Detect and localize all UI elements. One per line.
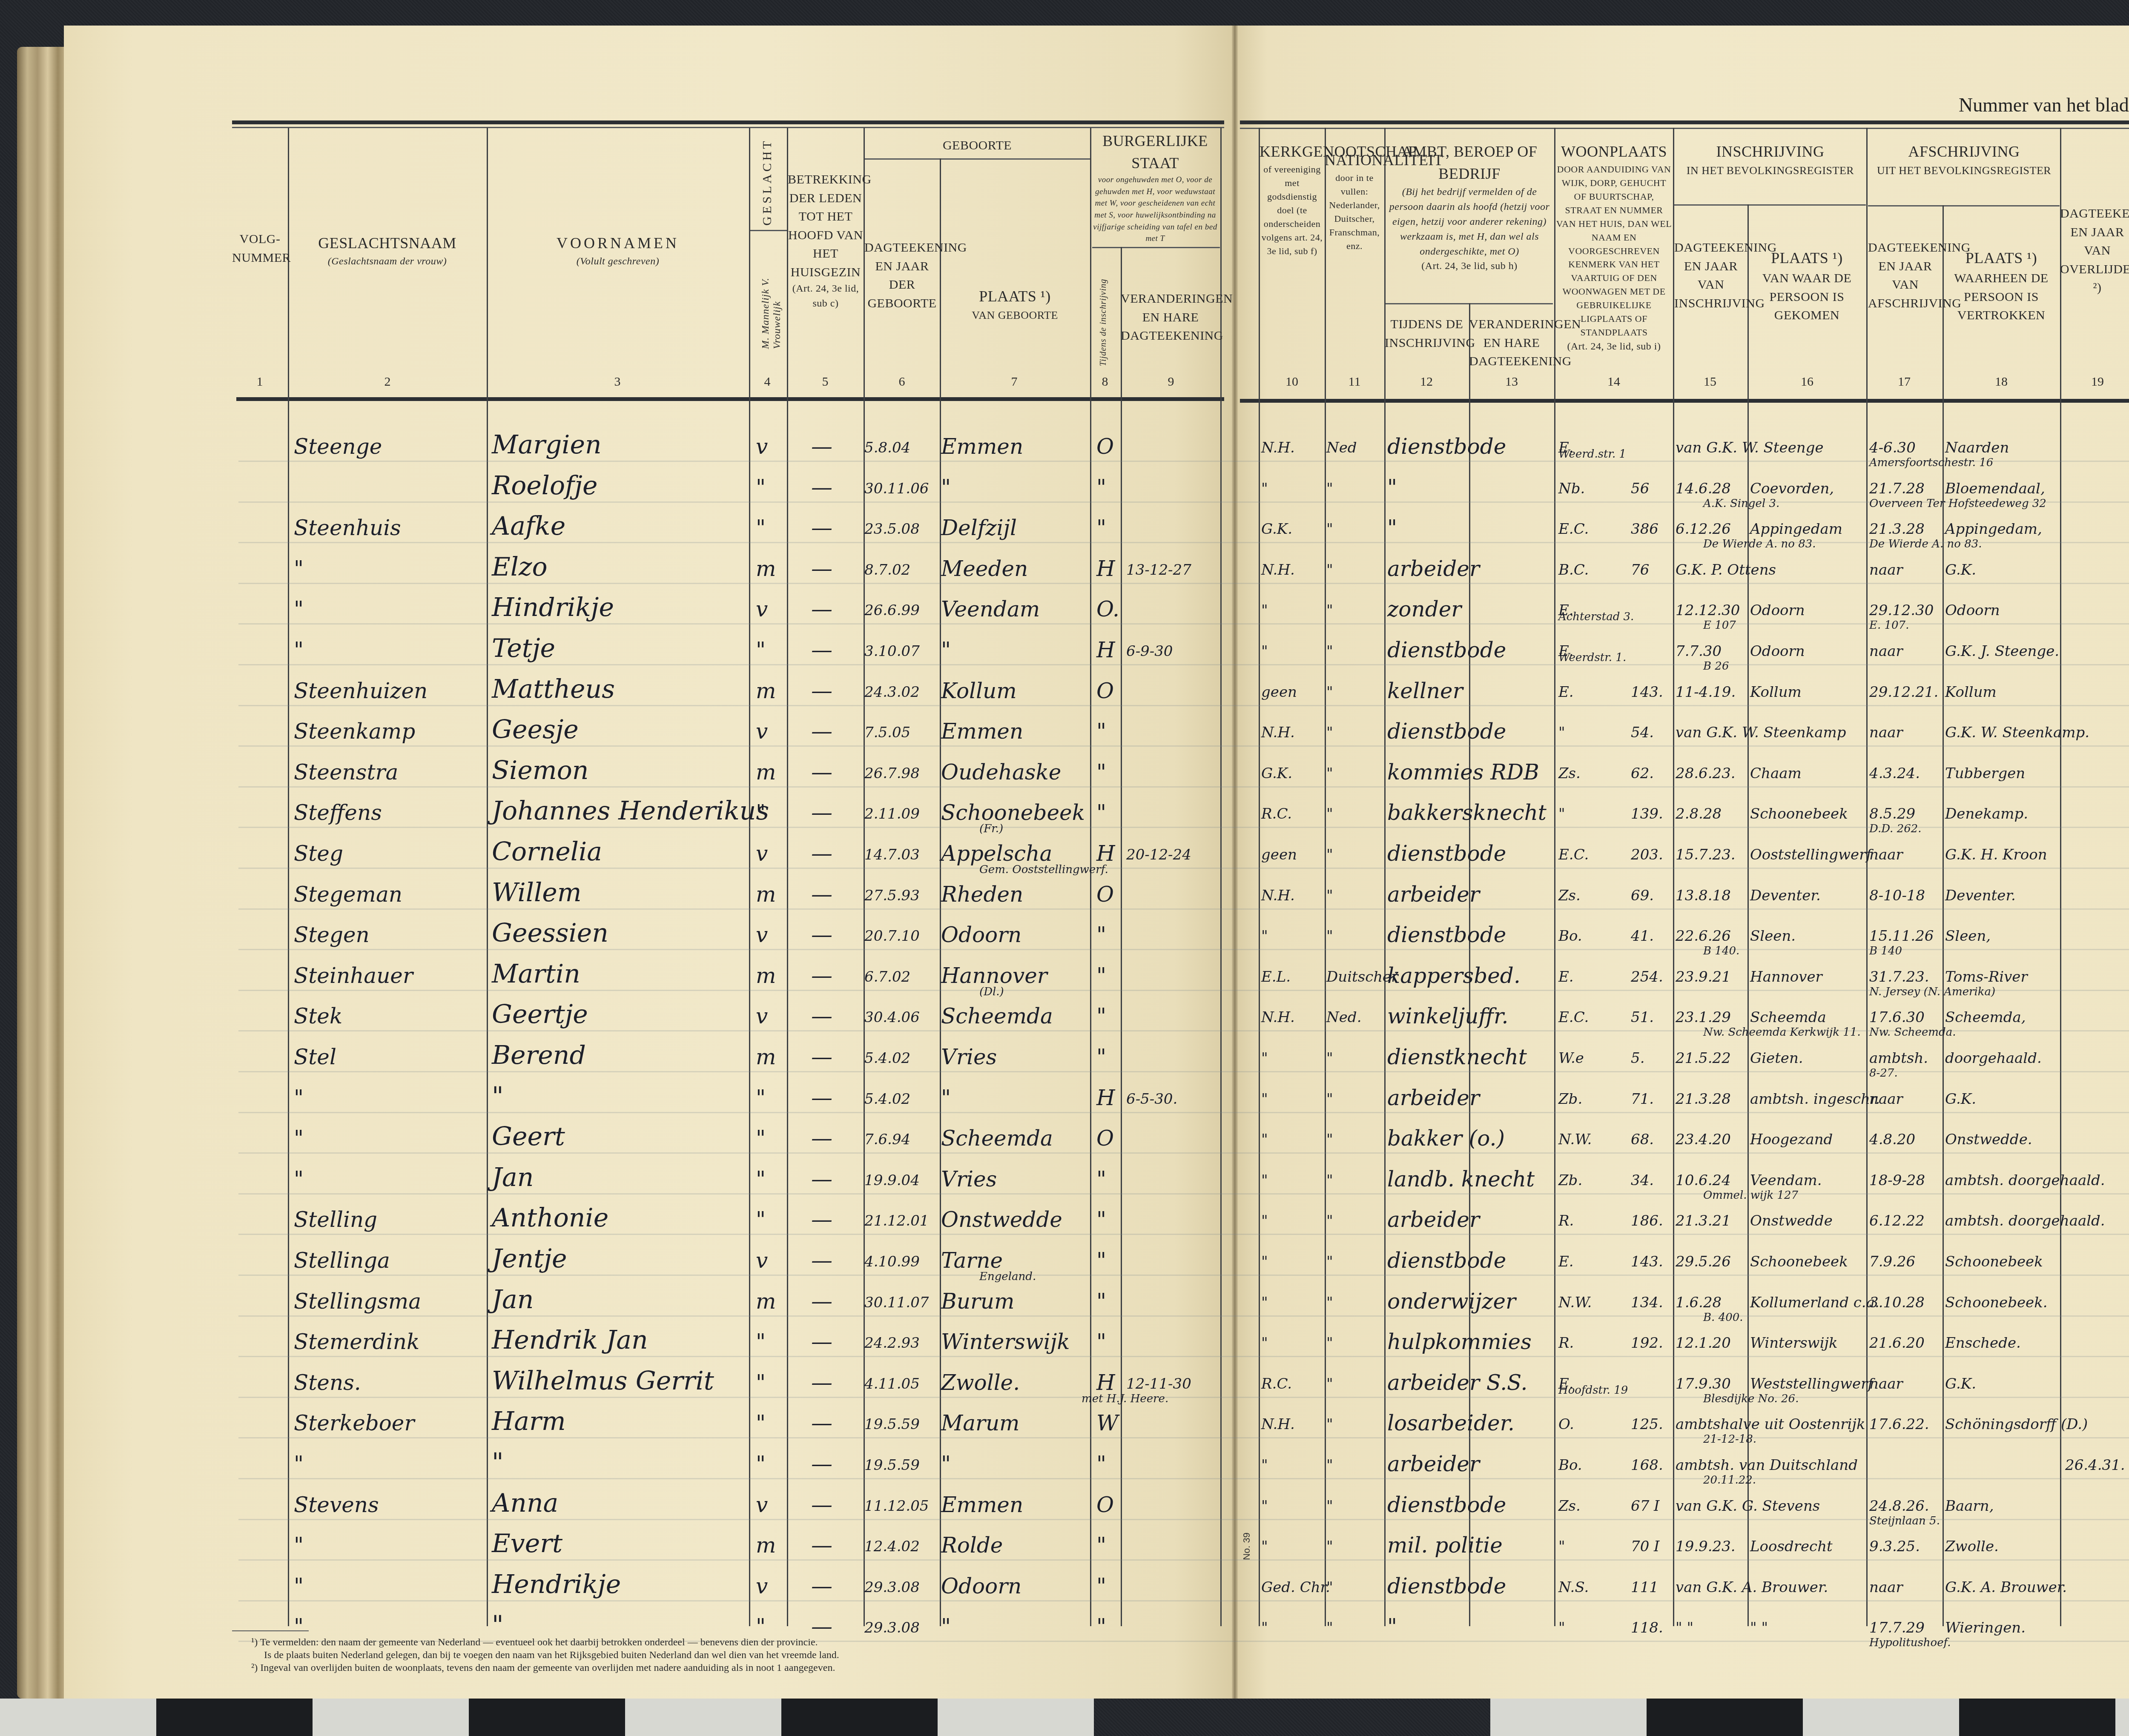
cell-nat: " [1326, 765, 1333, 782]
cell-in-date: 14.6.28 [1676, 480, 1731, 497]
cell-born: 26.6.99 [864, 602, 920, 619]
cell-nr: 54. [1631, 724, 1654, 741]
header-col-5: Betrekking der leden tot het hoofd van h… [788, 170, 864, 311]
cell-civil-change: 6-9-30 [1126, 643, 1173, 660]
col-line [1325, 128, 1326, 1626]
cell-out-date: 17.6.30 [1869, 1009, 1925, 1026]
header-geslachtsnaam: Geslachtsnaam [288, 232, 487, 254]
cell-civil: " [1096, 1289, 1106, 1314]
cell-in-date: G.K. P. Ottens [1676, 561, 1776, 579]
cell-nr: 168. [1631, 1457, 1663, 1474]
cell-out-sub: Overveen Ter Hofsteedeweg 32 [1869, 497, 2046, 510]
cell-civil-change: 12-11-30 [1126, 1375, 1191, 1392]
cell-out-place: Enschede. [1945, 1335, 2021, 1352]
inschrijving-group-rule [1674, 204, 1866, 206]
cell-church: " [1261, 1253, 1268, 1270]
row-guideline [238, 827, 2129, 828]
cell-wijk: E. [1558, 968, 1574, 985]
cell-out-sub: N. Jersey (N. Amerika) [1869, 985, 1995, 998]
header-geboorte: Geboorte [864, 136, 1090, 155]
cell-out-sub: Hypolitushoef. [1869, 1636, 1951, 1649]
cell-born: 27.5.93 [864, 887, 920, 904]
cell-out-sub: Steijnlaan 5. [1869, 1515, 1940, 1527]
cell-civil: O [1096, 1493, 1114, 1517]
cell-surname: " [294, 1574, 304, 1598]
cell-in-place: Schoonebeek [1750, 1253, 1848, 1270]
cell-civil: " [1096, 1004, 1106, 1028]
cell-nat: " [1326, 561, 1333, 579]
cell-in-date: van G.K. G. Stevens [1676, 1498, 1820, 1515]
cell-out-place: G.K. [1945, 561, 1976, 579]
header-nationaliteit-note: door in te vullen: Nederlander, Duitsche… [1325, 171, 1384, 252]
cell-place: Vries [941, 1045, 997, 1069]
cell-sex: " [756, 1329, 766, 1354]
cell-place: Vries [941, 1167, 997, 1192]
row-guideline [238, 705, 2129, 706]
cell-occ: kellner [1387, 679, 1463, 703]
cell-nr: 111 [1631, 1579, 1658, 1596]
cell-given: Wilhelmus Gerrit [492, 1366, 714, 1396]
cell-nr: 134. [1631, 1294, 1663, 1311]
cell-sex: v [756, 1574, 768, 1598]
row-guideline [238, 1275, 2129, 1276]
cell-born: 12.4.02 [864, 1538, 920, 1555]
cell-occ: dienstbode [1387, 719, 1506, 744]
color-calibration-strip-left [0, 1699, 1094, 1736]
cell-nat: " [1326, 846, 1333, 863]
cell-in-date: 28.6.23. [1676, 765, 1736, 782]
cell-out-date: naar [1869, 724, 1903, 741]
cell-out-place: Onstwedde. [1945, 1131, 2032, 1148]
cell-born: 19.5.59 [864, 1457, 920, 1474]
cell-surname: Stegen [294, 922, 370, 947]
cell-church: R.C. [1261, 805, 1292, 822]
cell-out-place: G.K. J. Steenge. [1945, 643, 2059, 660]
cell-civil: " [1096, 1452, 1106, 1476]
row-guideline [238, 583, 2129, 584]
header-plaats-van-waar-note: van waar de persoon is gekomen [1747, 269, 1866, 325]
col-line [1942, 205, 1944, 1626]
cell-nr: 62. [1631, 765, 1654, 782]
cell-rel: — [811, 475, 832, 500]
cell-sex: v [756, 1493, 768, 1517]
cell-civil: O. [1096, 597, 1119, 622]
header-overlijden: Dagteekening en jaar van overlijden ²) [2060, 204, 2129, 297]
cell-given: Anna [492, 1488, 558, 1518]
row-guideline [238, 501, 2129, 503]
cell-place: Zwolle. [941, 1370, 1020, 1395]
row-guideline [238, 1071, 2129, 1072]
cell-born: 24.2.93 [864, 1335, 920, 1352]
cell-occ: arbeider [1387, 1207, 1480, 1232]
header-betrekking-note: (Art. 24, 3e lid, sub c) [788, 281, 864, 311]
cell-in-date: 21.3.21 [1676, 1212, 1731, 1229]
row-guideline [238, 542, 2129, 543]
cell-out-place: doorgehaald. [1945, 1050, 2042, 1067]
cell-nat: " [1326, 928, 1333, 945]
header-kerkgenootschap-note: of vereeniging met godsdienstig doel (te… [1260, 163, 1325, 258]
row-guideline [238, 868, 2129, 869]
cell-place: Kollum [941, 679, 1017, 703]
cell-born: 8.7.02 [864, 561, 910, 579]
cell-given: " [492, 1447, 504, 1477]
cell-wijk: Zs. [1558, 765, 1581, 782]
row-guideline [238, 990, 2129, 991]
cell-in-date: 23.1.29 [1676, 1009, 1731, 1026]
cell-in-sub: 21-12-18. [1703, 1433, 1756, 1446]
cell-place-sub: Gem. Ooststellingwerf. [979, 863, 1108, 876]
cell-occ: winkeljuffr. [1387, 1004, 1508, 1028]
header-ambt-veranderingen: Veranderingen en hare dagteekening [1469, 315, 1554, 371]
header-col-11: Nationaliteit door in te vullen: Nederla… [1325, 149, 1384, 253]
header-geslacht-note: M. Mannelijk V. Vrouwelijk [760, 251, 783, 349]
cell-rel: — [811, 841, 832, 866]
cell-given: Johannes Henderikus [492, 796, 769, 826]
cell-sex: v [756, 922, 768, 947]
cell-in-sub: De Wierde A. no 83. [1703, 538, 1816, 550]
cell-out-date: 8-10-18 [1869, 887, 1925, 904]
row-guideline [238, 1519, 2129, 1520]
cell-wijk: N.S. [1558, 1579, 1589, 1596]
cell-church: " [1261, 928, 1268, 945]
cell-wijk: Zs. [1558, 887, 1581, 904]
cell-place-sub: Engeland. [979, 1270, 1036, 1283]
cell-rel: — [811, 1004, 832, 1028]
cell-born: 3.10.07 [864, 643, 920, 660]
cell-church: Ged. Chr. [1261, 1579, 1330, 1596]
cell-nr: 51. [1631, 1009, 1654, 1026]
cell-in-sub: E 107 [1703, 619, 1736, 632]
row-guideline [238, 461, 2129, 462]
cell-civil-change: 13-12-27 [1126, 561, 1191, 579]
cell-nr: 67 I [1631, 1498, 1660, 1515]
cell-out-place: G.K. A. Brouwer. [1945, 1579, 2067, 1596]
cell-surname: Steg [294, 841, 343, 866]
cell-born: 23.5.08 [864, 521, 920, 538]
cell-given: " [492, 1610, 504, 1640]
cell-rel: — [811, 1045, 832, 1069]
col-line [864, 128, 865, 1626]
cell-church: E.L. [1261, 968, 1291, 985]
cell-sex: v [756, 434, 768, 459]
cell-church: G.K. [1261, 521, 1292, 538]
cell-civil: O [1096, 1126, 1114, 1151]
cell-out-place: Scheemda, [1945, 1009, 2026, 1026]
cell-wijk: B.C. [1558, 561, 1589, 579]
cell-church: R.C. [1261, 1375, 1292, 1392]
cell-out-date: 9.3.25. [1869, 1538, 1920, 1555]
cell-given: Martin [492, 959, 580, 989]
cell-church: " [1261, 643, 1268, 660]
cell-place: Odoorn [941, 922, 1021, 947]
cell-born: 11.12.05 [864, 1498, 929, 1515]
cell-in-place: " " [1750, 1619, 1768, 1636]
cell-nat: " [1326, 1619, 1333, 1636]
cell-wijk: " [1558, 724, 1565, 741]
cell-sex: m [756, 556, 776, 581]
cell-out-date: 17.7.29 [1869, 1619, 1925, 1636]
cell-in-place: Chaam [1750, 765, 1802, 782]
cell-in-place: Hoogezand [1750, 1131, 1833, 1148]
cell-sex: m [756, 963, 776, 988]
cell-surname: Steenge [294, 434, 382, 459]
cell-nat: " [1326, 1212, 1333, 1229]
cell-sex: " [756, 1452, 766, 1476]
cell-occ: dienstbode [1387, 1574, 1506, 1598]
cell-sex: m [756, 1045, 776, 1069]
cell-church: " [1261, 1498, 1268, 1515]
cell-out-place: Bloemendaal, [1945, 480, 2045, 497]
cell-civil: " [1096, 1533, 1106, 1558]
colnum-19: 19 [2085, 375, 2110, 389]
header-voornamen-note: (Volult geschreven) [487, 254, 749, 269]
cell-sex: v [756, 841, 768, 866]
cell-wijk: W.e [1558, 1050, 1584, 1067]
cell-place: Meeden [941, 556, 1028, 581]
cell-in-place: Kollumerland c.a. [1750, 1294, 1879, 1311]
cell-in-place: Odoorn [1750, 643, 1805, 660]
geboorte-group-rule [864, 158, 1090, 160]
cell-surname: Stel [294, 1045, 336, 1069]
cell-out-date: 3.10.28 [1869, 1294, 1925, 1311]
cell-nr: 203. [1631, 846, 1663, 863]
cell-rel: — [811, 516, 832, 540]
cell-nr: 143. [1631, 1253, 1663, 1270]
cell-wijk: " [1558, 1538, 1565, 1555]
cell-nat: " [1326, 1335, 1333, 1352]
cell-out-place: ambtsh. doorgehaald. [1945, 1212, 2105, 1229]
cell-out-date: naar [1869, 1091, 1903, 1108]
cell-civil: " [1096, 1248, 1106, 1273]
cell-rel: — [811, 1167, 832, 1192]
header-col-16: Plaats ¹) van waar de persoon is gekomen [1747, 247, 1866, 325]
cell-rel: — [811, 1533, 832, 1558]
col-line [487, 128, 488, 1626]
cell-church: N.H. [1261, 887, 1295, 904]
cell-nat: " [1326, 643, 1333, 660]
row-guideline [238, 1600, 2129, 1601]
cell-nr: 34. [1631, 1172, 1654, 1189]
cell-occ: arbeider [1387, 1452, 1480, 1476]
cell-place: " [941, 475, 951, 500]
cell-sex: v [756, 597, 768, 622]
cell-nat: " [1326, 887, 1333, 904]
cell-surname: Stegeman [294, 882, 402, 907]
header-ambt-title: Ambt, beroep of bedrijf [1385, 140, 1554, 185]
cell-in-date: " " [1676, 1619, 1693, 1636]
header-bottom-rule-right [1240, 399, 2129, 403]
cell-wijk-sub: Weerd.str. 1 [1558, 448, 1626, 461]
header-col-18: Plaats ¹) waarheen de persoon is vertrok… [1942, 247, 2060, 325]
cell-rel: — [811, 760, 832, 785]
cell-surname: Steenstra [294, 760, 398, 785]
cell-out-place: Deventer. [1945, 887, 2016, 904]
cell-rel: — [811, 1452, 832, 1476]
page-edges-left [17, 47, 68, 1699]
row-guideline [238, 1437, 2129, 1438]
cell-church: N.H. [1261, 1009, 1295, 1026]
cell-out-date: naar [1869, 1375, 1903, 1392]
cell-occ: arbeider S.S. [1387, 1370, 1527, 1395]
header-woonplaats-note: door aanduiding van wijk, dorp, gehucht … [1555, 163, 1673, 339]
cell-rel: — [811, 679, 832, 703]
cell-nr: 192. [1631, 1335, 1663, 1352]
cell-in-date: 12.12.30 [1676, 602, 1740, 619]
cell-place: " [941, 1086, 951, 1110]
cell-surname: " [294, 1086, 304, 1110]
cell-surname: Sterkeboer [294, 1411, 414, 1435]
cell-nat: " [1326, 724, 1333, 741]
cell-rel: — [811, 434, 832, 459]
header-col-10: Kerkgenootschap of vereeniging met godsd… [1260, 140, 1325, 258]
colnum-1: 1 [247, 375, 273, 389]
header-geslacht: Geslacht [760, 162, 775, 226]
cell-occ: dienstbode [1387, 1248, 1506, 1273]
cell-given: Margien [492, 430, 602, 460]
cell-rel: — [811, 1614, 832, 1639]
cell-occ: landb. knecht [1387, 1167, 1535, 1192]
cell-nat: " [1326, 1294, 1333, 1311]
cell-place: Burum [941, 1289, 1014, 1314]
cell-rel: — [811, 1370, 832, 1395]
colnum-7: 7 [1001, 375, 1027, 389]
cell-out-place: Schoonebeek. [1945, 1294, 2048, 1311]
col-line [288, 128, 289, 1626]
cell-church: " [1261, 1619, 1268, 1636]
cell-out-date: 4.8.20 [1869, 1131, 1915, 1148]
cell-wijk-sub: Weerdstr. 1. [1558, 651, 1626, 664]
cell-church: " [1261, 1091, 1268, 1108]
cell-sex: " [756, 1411, 766, 1435]
cell-given: Geesje [492, 715, 579, 745]
cell-born: 19.5.59 [864, 1416, 920, 1433]
cell-church: N.H. [1261, 1416, 1295, 1433]
header-afschrijving-title: Afschrijving [1868, 140, 2060, 163]
header-inschrijving: Inschrijving in het bevolkingsregister [1674, 140, 1866, 179]
cell-surname: " [294, 1533, 304, 1558]
cell-rel: — [811, 1086, 832, 1110]
cell-occ: dienstbode [1387, 434, 1506, 459]
header-tijdens-inschrijving: Tijdens de inschrijving [1099, 255, 1108, 366]
cell-civil: " [1096, 1207, 1106, 1232]
cell-out-date: 4.3.24. [1869, 765, 1920, 782]
cell-place: " [941, 1614, 951, 1639]
cell-given: Evert [492, 1529, 562, 1558]
cell-nat: " [1326, 480, 1333, 497]
header-top-rule-right-thin [1240, 128, 2129, 129]
cell-out-place: Wieringen. [1945, 1619, 2026, 1636]
cell-surname: Steenkamp [294, 719, 415, 744]
cell-sex: " [756, 1086, 766, 1110]
cell-place: " [941, 1452, 951, 1476]
cell-sex: " [756, 638, 766, 662]
cell-civil: W [1096, 1411, 1118, 1435]
cell-in-date: van G.K. A. Brouwer. [1676, 1579, 1828, 1596]
cell-church: N.H. [1261, 561, 1295, 579]
row-guideline [238, 1315, 2129, 1317]
cell-occ: mil. politie [1387, 1533, 1503, 1558]
cell-surname: Stens. [294, 1370, 361, 1395]
row-guideline [238, 1559, 2129, 1561]
colnum-17: 17 [1891, 375, 1917, 389]
cell-out-date: 6.12.22 [1869, 1212, 1925, 1229]
cell-surname: Stevens [294, 1493, 379, 1517]
cell-in-date: 2.8.28 [1676, 805, 1722, 822]
cell-sex: " [756, 516, 766, 540]
cell-civil: H [1096, 556, 1115, 581]
header-woonplaats: Woonplaats [1555, 140, 1673, 163]
header-kerkgenootschap: Kerkgenootschap [1260, 140, 1325, 163]
cell-church: " [1261, 1335, 1268, 1352]
cell-in-sub: Blesdijke No. 26. [1703, 1392, 1799, 1405]
cell-in-sub: 20.11.22. [1703, 1474, 1756, 1487]
cell-out-date: 24.8.26. [1869, 1498, 1929, 1515]
header-woonplaats-ref: (Art. 24, 3e lid, sub i) [1555, 339, 1673, 354]
cell-out-place: Odoorn [1945, 602, 2000, 619]
row-guideline [238, 949, 2129, 950]
cell-in-place: ambtsh. ingeschr. [1750, 1091, 1880, 1108]
cell-wijk: E.C. [1558, 1009, 1589, 1026]
cell-sex: v [756, 1248, 768, 1273]
cell-given: Jan [492, 1285, 534, 1315]
cell-nat: " [1326, 1416, 1333, 1433]
colnum-12: 12 [1414, 375, 1439, 389]
cell-civil: " [1096, 1574, 1106, 1598]
colnum-8: 8 [1092, 375, 1118, 389]
header-geslachtsnaam-note: (Geslachtsnaam der vrouw) [288, 254, 487, 269]
cell-in-place: Scheemda [1750, 1009, 1826, 1026]
cell-civil: " [1096, 922, 1106, 947]
cell-out-sub: Nw. Scheemda. [1869, 1026, 1956, 1039]
footnote-1: ¹) Te vermelden: den naam der gemeente v… [251, 1637, 818, 1648]
cell-place: Winterswijk [941, 1329, 1070, 1354]
cell-nat: " [1326, 521, 1333, 538]
cell-surname: Stellinga [294, 1248, 390, 1273]
header-burgerlijke-staat: Burgerlijke staat voor ongehuwden met O,… [1090, 130, 1220, 245]
cell-given: Elzo [492, 552, 548, 582]
row-guideline [238, 786, 2129, 788]
header-top-rule-left-thin [232, 127, 1224, 128]
cell-out-place: Appingedam, [1945, 521, 2042, 538]
cell-church: geen [1261, 846, 1297, 863]
cell-place: Delfzijl [941, 516, 1017, 540]
cell-out-date: 21.6.20 [1869, 1335, 1925, 1352]
cell-nat: " [1326, 1498, 1333, 1515]
cell-out-sub: De Wierde A. no 83. [1869, 538, 1982, 550]
cell-in-place: Onstwedde [1750, 1212, 1833, 1229]
col-line [1220, 128, 1222, 1626]
cell-born: 29.3.08 [864, 1619, 920, 1636]
colnum-4: 4 [755, 375, 780, 389]
cell-out-place: G.K. [1945, 1375, 1976, 1392]
cell-born: 29.3.08 [864, 1579, 920, 1596]
cell-in-date: 10.6.24 [1676, 1172, 1731, 1189]
cell-given: " [492, 1081, 504, 1111]
cell-occ: bakkersknecht [1387, 800, 1547, 825]
cell-sex: m [756, 882, 776, 907]
cell-in-date: 21.5.22 [1676, 1050, 1731, 1067]
cell-nat: " [1326, 1131, 1333, 1148]
cell-wijk-sub: Achterstad 3. [1558, 610, 1634, 623]
cell-in-date: 7.7.30 [1676, 643, 1722, 660]
footnote-1-cont: Is de plaats buiten Nederland gelegen, d… [264, 1650, 839, 1661]
cell-out-place: Baarn, [1945, 1498, 1994, 1515]
cell-nr: 139. [1631, 805, 1663, 822]
cell-in-date: van G.K. W. Steenkamp [1676, 724, 1846, 741]
cell-born: 2.11.09 [864, 805, 920, 822]
cell-rel: — [811, 1248, 832, 1273]
cell-place: Appelscha [941, 841, 1052, 866]
